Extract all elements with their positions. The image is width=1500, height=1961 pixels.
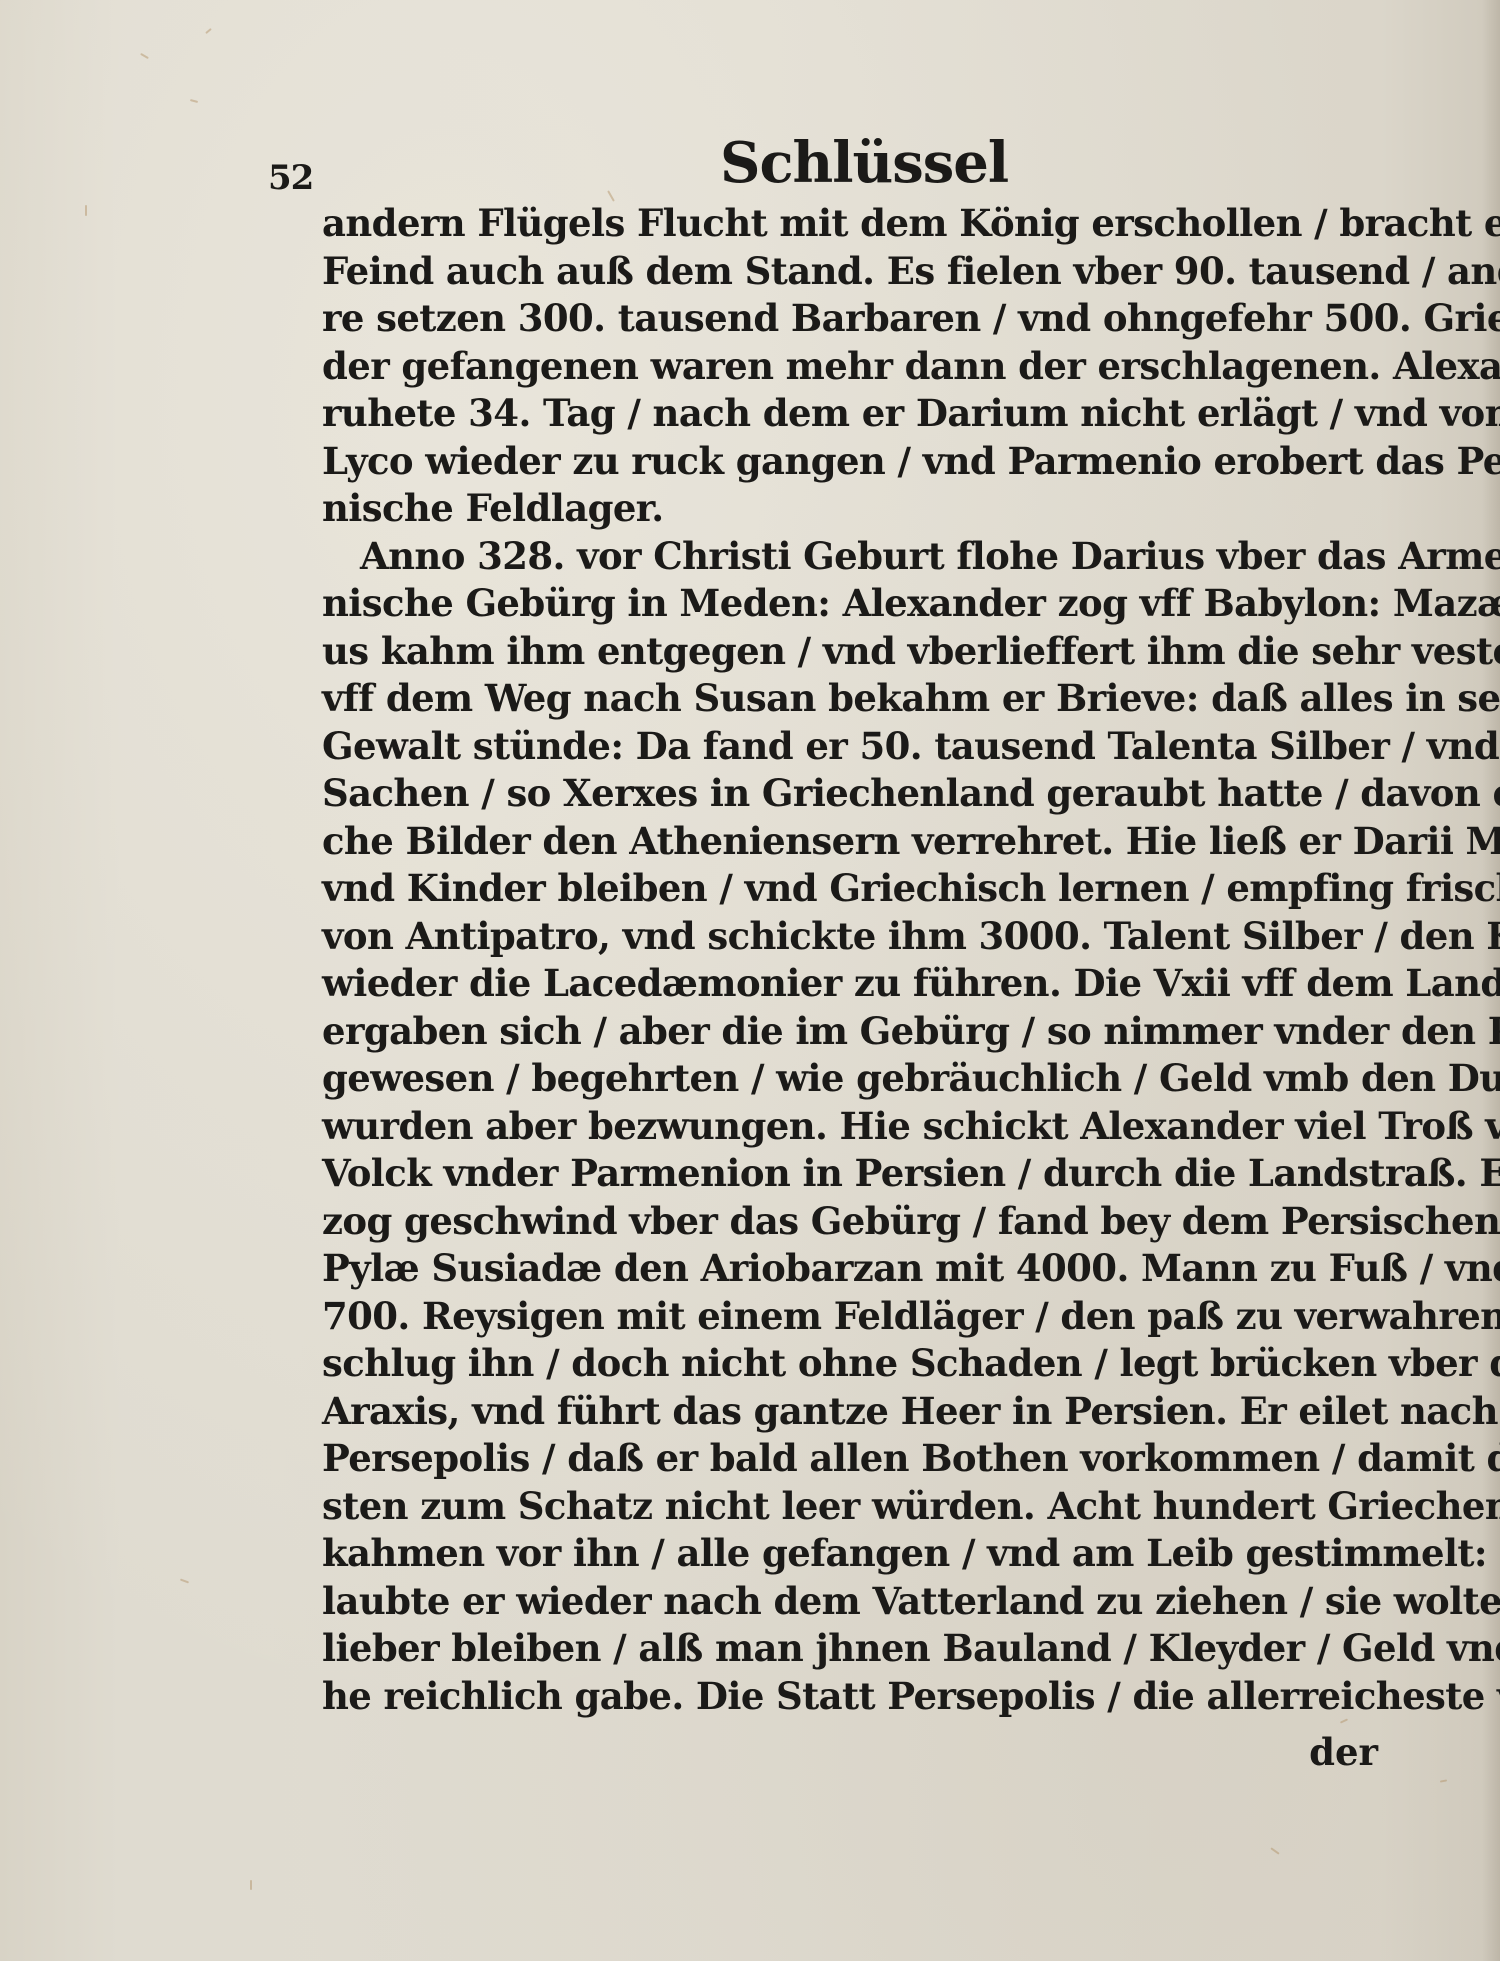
body-text: andern Flügels Flucht mit dem König ersc… xyxy=(322,200,1380,1720)
paper-speck xyxy=(1440,1779,1447,1782)
page-number: 52 xyxy=(268,158,313,198)
text-line: ergaben sich / aber die im Gebürg / so n… xyxy=(322,1008,1380,1056)
text-line: 700. Reysigen mit einem Feldläger / den … xyxy=(322,1293,1380,1341)
running-title: Schlüssel xyxy=(720,130,1008,196)
text-line: Pylæ Susiadæ den Ariobarzan mit 4000. Ma… xyxy=(322,1245,1380,1293)
text-line: wurden aber bezwungen. Hie schickt Alexa… xyxy=(322,1103,1380,1151)
text-line: che Bilder den Atheniensern verrehret. H… xyxy=(322,818,1380,866)
text-line: Sachen / so Xerxes in Griechenland gerau… xyxy=(322,770,1380,818)
text-line: laubte er wieder nach dem Vatterland zu … xyxy=(322,1578,1380,1626)
text-line: vff dem Weg nach Susan bekahm er Brieve:… xyxy=(322,675,1380,723)
text-line: nische Gebürg in Meden: Alexander zog vf… xyxy=(322,580,1380,628)
text-line: gewesen / begehrten / wie gebräuchlich /… xyxy=(322,1055,1380,1103)
text-line: nische Feldlager. xyxy=(322,485,1380,533)
paper-speck xyxy=(85,205,87,216)
text-line: zog geschwind vber das Gebürg / fand bey… xyxy=(322,1198,1380,1246)
text-line: sten zum Schatz nicht leer würden. Acht … xyxy=(322,1483,1380,1531)
text-line: Lyco wieder zu ruck gangen / vnd Parmeni… xyxy=(322,438,1380,486)
paper-speck xyxy=(205,28,212,34)
paper-speck xyxy=(140,53,149,59)
text-line: der gefangenen waren mehr dann der ersch… xyxy=(322,343,1380,391)
text-line: re setzen 300. tausend Barbaren / vnd oh… xyxy=(322,295,1380,343)
paper-speck xyxy=(190,99,198,103)
catchword: der xyxy=(1309,1730,1378,1774)
text-line: vnd Kinder bleiben / vnd Griechisch lern… xyxy=(322,865,1380,913)
text-line: kahmen vor ihn / alle gefangen / vnd am … xyxy=(322,1530,1380,1578)
text-line: andern Flügels Flucht mit dem König ersc… xyxy=(322,200,1380,248)
text-line: Araxis, vnd führt das gantze Heer in Per… xyxy=(322,1388,1380,1436)
text-line: Persepolis / daß er bald allen Bothen vo… xyxy=(322,1435,1380,1483)
text-line: us kahm ihm entgegen / vnd vberlieffert … xyxy=(322,628,1380,676)
text-line: Volck vnder Parmenion in Persien / durch… xyxy=(322,1150,1380,1198)
text-line: wieder die Lacedæmonier zu führen. Die V… xyxy=(322,960,1380,1008)
paper-speck xyxy=(250,1880,252,1890)
text-line: Gewalt stünde: Da fand er 50. tausend Ta… xyxy=(322,723,1380,771)
text-line: Feind auch auß dem Stand. Es fielen vber… xyxy=(322,248,1380,296)
page-header: 52 Schlüssel xyxy=(0,120,1500,200)
text-line: lieber bleiben / alß man jhnen Bauland /… xyxy=(322,1625,1380,1673)
text-line-paragraph-start: Anno 328. vor Christi Geburt flohe Dariu… xyxy=(322,533,1380,581)
text-line: schlug ihn / doch nicht ohne Schaden / l… xyxy=(322,1340,1380,1388)
text-line: he reichlich gabe. Die Statt Persepolis … xyxy=(322,1673,1380,1721)
book-page: 52 Schlüssel andern Flügels Flucht mit d… xyxy=(0,0,1500,1961)
paper-speck xyxy=(1270,1847,1279,1854)
text-line: von Antipatro, vnd schickte ihm 3000. Ta… xyxy=(322,913,1380,961)
paper-speck xyxy=(180,1579,189,1584)
text-line: ruhete 34. Tag / nach dem er Darium nich… xyxy=(322,390,1380,438)
